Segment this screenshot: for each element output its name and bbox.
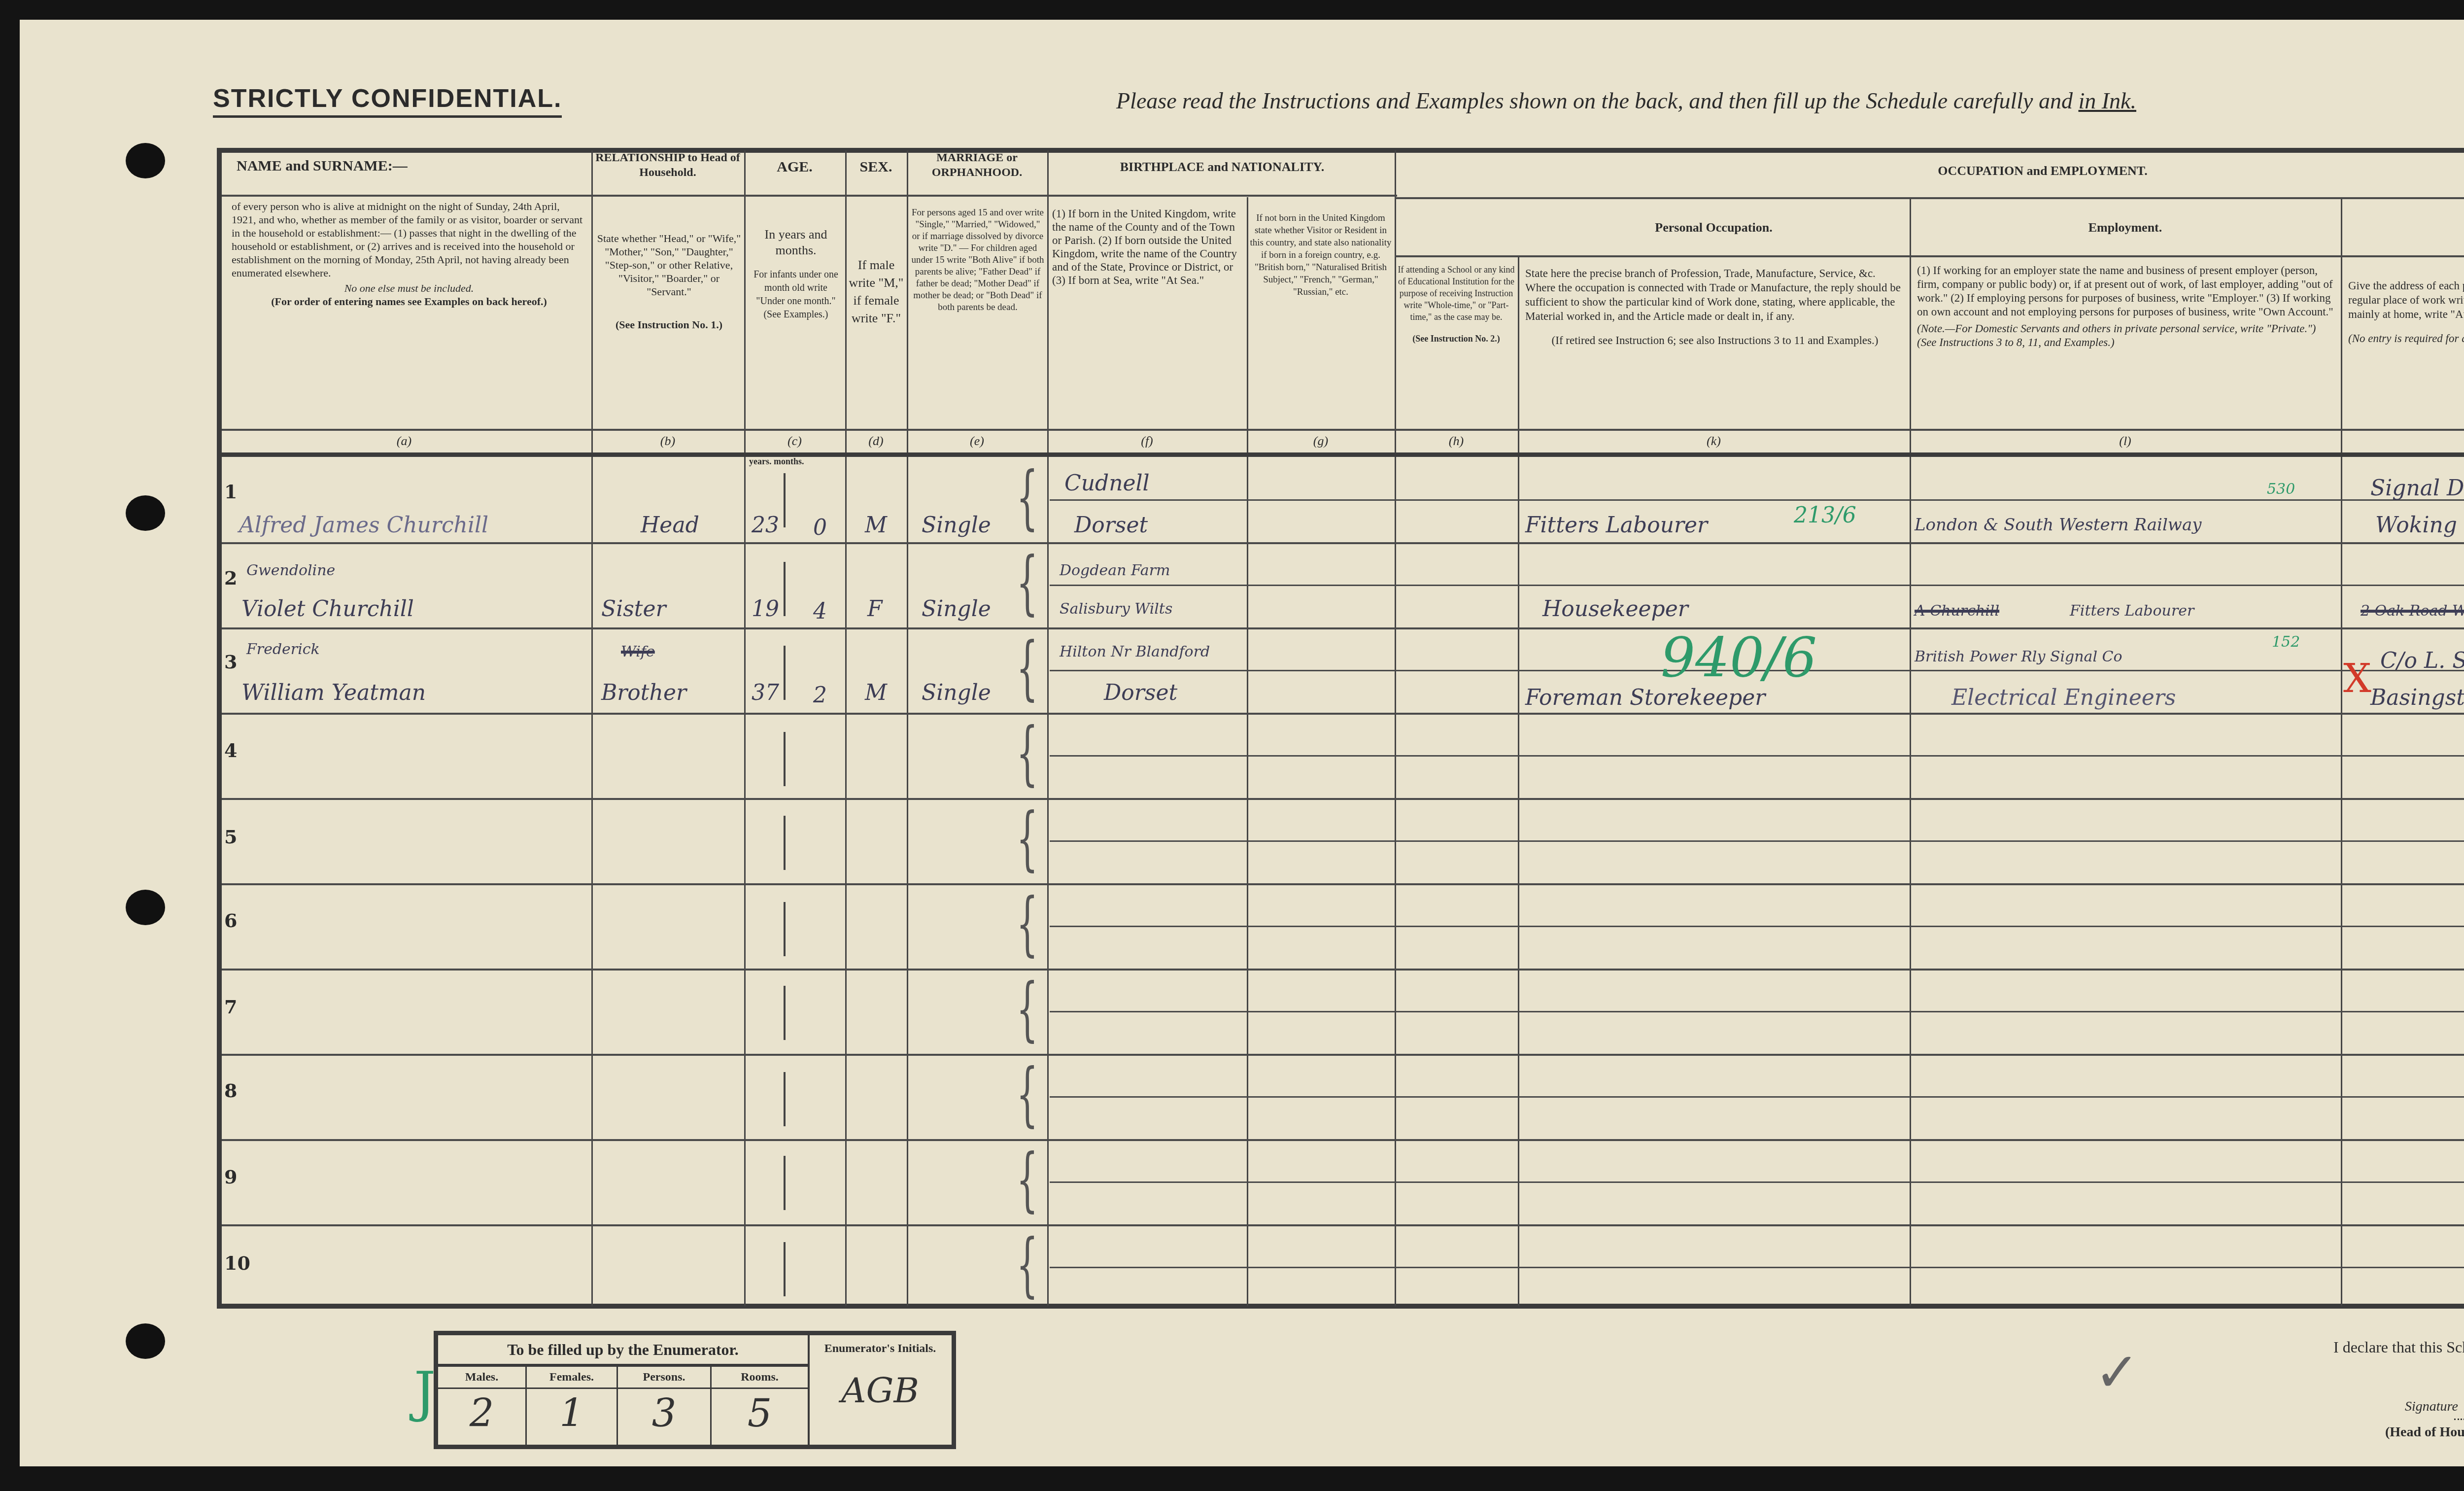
half-row-rule (1050, 1181, 2464, 1183)
row-number: 4 (224, 739, 237, 762)
col-letter-g: (g) (1247, 434, 1395, 449)
col-f-instructions: (1) If born in the United Kingdom, write… (1052, 207, 1244, 287)
place-of-work-line2: Woking station (2375, 513, 2464, 538)
col-e-title: MARRIAGE or ORPHANHOOD. (909, 150, 1045, 180)
person-name: Alfred James Churchill (239, 513, 488, 538)
relationship: Sister (601, 596, 666, 622)
rooms-label: Rooms. (712, 1367, 808, 1389)
person-first-name: Gwendoline (246, 562, 335, 579)
rooms-count: 5 (712, 1389, 808, 1438)
birthplace-group-title: BIRTHPLACE and NATIONALITY. (1050, 159, 1395, 175)
brace-icon: { (1016, 719, 1038, 788)
age-years: 19 (752, 596, 779, 622)
row-rule (222, 542, 2464, 544)
brace-icon: { (1016, 975, 1038, 1044)
col-letter-b: (b) (591, 434, 744, 449)
col-c-instructions: In years and months. For infants under o… (749, 227, 843, 321)
declaration-text: I declare that this Schedule is correctl… (2333, 1338, 2464, 1356)
employer: London & South Western Railway (1915, 515, 2201, 535)
document-title: STRICTLY CONFIDENTIAL. (213, 84, 562, 118)
half-row-rule (1050, 926, 2464, 927)
header-rule (1395, 197, 2464, 199)
employment-code: 530 (2267, 481, 2295, 498)
brace-icon: { (1016, 1231, 1038, 1300)
col-e-instructions: For persons aged 15 and over write "Sing… (911, 207, 1045, 313)
marriage-status: Single (922, 596, 991, 622)
row-rule (222, 798, 2464, 800)
place-of-work-line1: Signal Dept (2370, 476, 2464, 501)
males-count: 2 (438, 1389, 525, 1438)
sex: M (865, 513, 887, 538)
age-divider (784, 646, 786, 700)
col-letter-d: (d) (845, 434, 907, 449)
header-rule (222, 452, 2464, 457)
brace-icon: { (1016, 549, 1038, 618)
col-letter-f: (f) (1047, 434, 1247, 449)
row-number: 9 (224, 1166, 237, 1188)
row-number: 2 (224, 567, 237, 589)
age-divider (784, 816, 786, 870)
enumerator-initials-cell: Enumerator's Initials. AGB (808, 1335, 951, 1445)
col-l-title: Employment. (1912, 219, 2338, 236)
col-divider (845, 150, 847, 1306)
col-d-title: SEX. (848, 159, 904, 175)
relationship: Brother (601, 680, 686, 705)
col-letter-a: (a) (217, 434, 591, 449)
persons-label: Persons. (618, 1367, 710, 1389)
row-number: 7 (224, 996, 237, 1018)
age-years: 23 (752, 513, 779, 538)
col-letter-e: (e) (907, 434, 1047, 449)
col-divider (1518, 256, 1519, 1306)
red-cross-mark: X (2343, 656, 2371, 701)
signature-line (2454, 1419, 2464, 1420)
age-subheader: years. months. (749, 456, 804, 467)
person-first-name: Frederick (246, 641, 320, 658)
row-rule (222, 713, 2464, 715)
half-row-rule (1050, 840, 2464, 842)
brace-icon: { (1016, 463, 1038, 532)
brace-icon: { (1016, 804, 1038, 873)
col-divider (1395, 150, 1396, 1306)
punch-hole (126, 1323, 165, 1359)
col-divider (591, 150, 593, 1306)
marriage-status: Single (922, 513, 991, 538)
row-number: 10 (224, 1252, 250, 1274)
persons-count: 3 (618, 1389, 710, 1438)
half-row-rule (1050, 585, 2464, 586)
age-divider (784, 902, 786, 956)
birthplace-county: Dorset (1074, 513, 1148, 538)
row-number: 3 (224, 651, 237, 673)
row-rule (222, 1054, 2464, 1056)
brace-icon: { (1016, 1145, 1038, 1214)
initials-label: Enumerator's Initials. (810, 1342, 951, 1355)
employment-code: 152 (2272, 633, 2300, 651)
row-rule (222, 627, 2464, 629)
col-letter-l: (l) (1910, 434, 2341, 449)
place-of-work-line1: C/o L. S. W. R. Co (2380, 648, 2464, 673)
check-mark-icon: ✓ (2094, 1341, 2140, 1404)
age-months: 2 (813, 683, 827, 708)
birthplace-county: Salisbury Wilts (1060, 600, 1172, 618)
rooms-cell: Rooms. 5 (712, 1367, 808, 1445)
punch-hole (126, 495, 165, 531)
col-h-instructions: If attending a School or any kind of Edu… (1397, 264, 1515, 345)
col-a-title: NAME and SURNAME:— (237, 158, 582, 174)
half-row-rule (1050, 755, 2464, 757)
col-k-instructions: State here the precise branch of Profess… (1525, 266, 1905, 347)
col-b-title: RELATIONSHIP to Head of Household. (594, 150, 742, 180)
place-of-work-line2: Basingstoke Hants (2370, 685, 2464, 710)
age-divider (784, 1242, 786, 1296)
row-rule (222, 969, 2464, 971)
signature-note: (Head of Household, Manager of Establish… (2385, 1424, 2464, 1440)
birthplace-town: Hilton Nr Blandford (1060, 643, 1210, 660)
instruction-banner: Please read the Instructions and Example… (1116, 88, 2136, 114)
col-divider (907, 150, 908, 1306)
col-l-instructions: (1) If working for an employer state the… (1917, 264, 2336, 349)
sex: M (865, 680, 887, 705)
header-rule (1047, 195, 1397, 197)
brace-icon: { (1016, 634, 1038, 703)
half-row-rule (1050, 499, 2464, 501)
age-divider (784, 986, 786, 1040)
personal-occupation: Housekeeper (1542, 596, 1688, 622)
relationship: Head (641, 513, 699, 538)
row-number: 8 (224, 1079, 237, 1102)
birthplace-town: Dogdean Farm (1060, 562, 1170, 579)
marriage-status: Single (922, 680, 991, 705)
green-check-mark: J (414, 1360, 436, 1423)
col-divider (744, 150, 746, 1306)
row-number: 6 (224, 909, 237, 932)
brace-icon: { (1016, 890, 1038, 959)
brace-icon: { (1016, 1060, 1038, 1129)
row-rule (222, 883, 2464, 885)
females-cell: Females. 1 (527, 1367, 618, 1445)
col-letter-c: (c) (744, 434, 845, 449)
males-label: Males. (438, 1367, 525, 1389)
age-divider (784, 1072, 786, 1126)
half-row-rule (1050, 1267, 2464, 1268)
header-rule (222, 429, 2464, 431)
birthplace-county: Dorset (1104, 680, 1177, 705)
header-rule (1395, 255, 2464, 257)
punch-hole (126, 143, 165, 178)
employer: Fitters Labourer (2070, 602, 2194, 620)
row-number: 1 (224, 481, 237, 503)
header-rule (222, 195, 1050, 197)
col-m-instructions: Give the address of each person's place … (2348, 278, 2464, 346)
col-letter-h: (h) (1395, 434, 1518, 449)
age-months: 0 (813, 515, 827, 540)
col-letter-k: (k) (1518, 434, 1910, 449)
age-divider (784, 1156, 786, 1210)
age-divider (784, 732, 786, 786)
row-rule (222, 1139, 2464, 1141)
row-rule (222, 1224, 2464, 1226)
punch-hole (126, 890, 165, 925)
persons-cell: Persons. 3 (618, 1367, 712, 1445)
employer-struck: A Churchill (1915, 602, 1999, 620)
half-row-rule (1050, 1011, 2464, 1012)
age-months: 4 (813, 599, 827, 624)
col-m-title: Place of Work. (2343, 219, 2464, 236)
employer: British Power Rly Signal Co (1915, 648, 2122, 665)
row-number: 5 (224, 826, 237, 848)
place-of-work-struck: 2 Oak Road Woking (2361, 602, 2464, 620)
col-k-title: Personal Occupation. (1520, 219, 1907, 236)
person-name: Violet Churchill (241, 596, 414, 622)
birthplace-town: Cudnell (1064, 471, 1150, 496)
age-divider (784, 562, 786, 616)
col-letter-m: (m) (2341, 434, 2464, 449)
enumerator-box-header: To be filled up by the Enumerator. (438, 1335, 808, 1367)
females-label: Females. (527, 1367, 616, 1389)
enumerator-summary-box: To be filled up by the Enumerator. Males… (434, 1331, 956, 1449)
col-divider (1047, 150, 1049, 1306)
occupation-code: 940/6 (1661, 626, 1817, 689)
sex: F (867, 596, 883, 622)
half-row-rule (1050, 1096, 2464, 1098)
person-name: William Yeatman (241, 680, 426, 705)
relationship-struck: Wife (621, 643, 655, 660)
col-b-instructions: State whether "Head," or "Wife," "Mother… (596, 232, 742, 331)
age-years: 37 (752, 680, 779, 705)
initials-value: AGB (810, 1370, 951, 1411)
col-g-instructions: If not born in the United Kingdom state … (1249, 212, 1392, 298)
males-cell: Males. 2 (438, 1367, 527, 1445)
employer-business: Electrical Engineers (1951, 685, 2176, 710)
col-a-instructions: of every person who is alive at midnight… (232, 200, 586, 308)
col-c-title: AGE. (747, 159, 843, 175)
females-count: 1 (527, 1389, 616, 1438)
occupation-group-title: OCCUPATION and EMPLOYMENT. (1397, 163, 2464, 179)
age-divider (784, 473, 786, 527)
personal-occupation: Foreman Storekeeper (1525, 685, 1765, 710)
signature-label: Signature (2405, 1399, 2458, 1415)
col-d-instructions: If male write "M," if female write "F." (849, 256, 904, 327)
occupation-code: 213/6 (1794, 503, 1856, 528)
personal-occupation: Fitters Labourer (1525, 513, 1708, 538)
